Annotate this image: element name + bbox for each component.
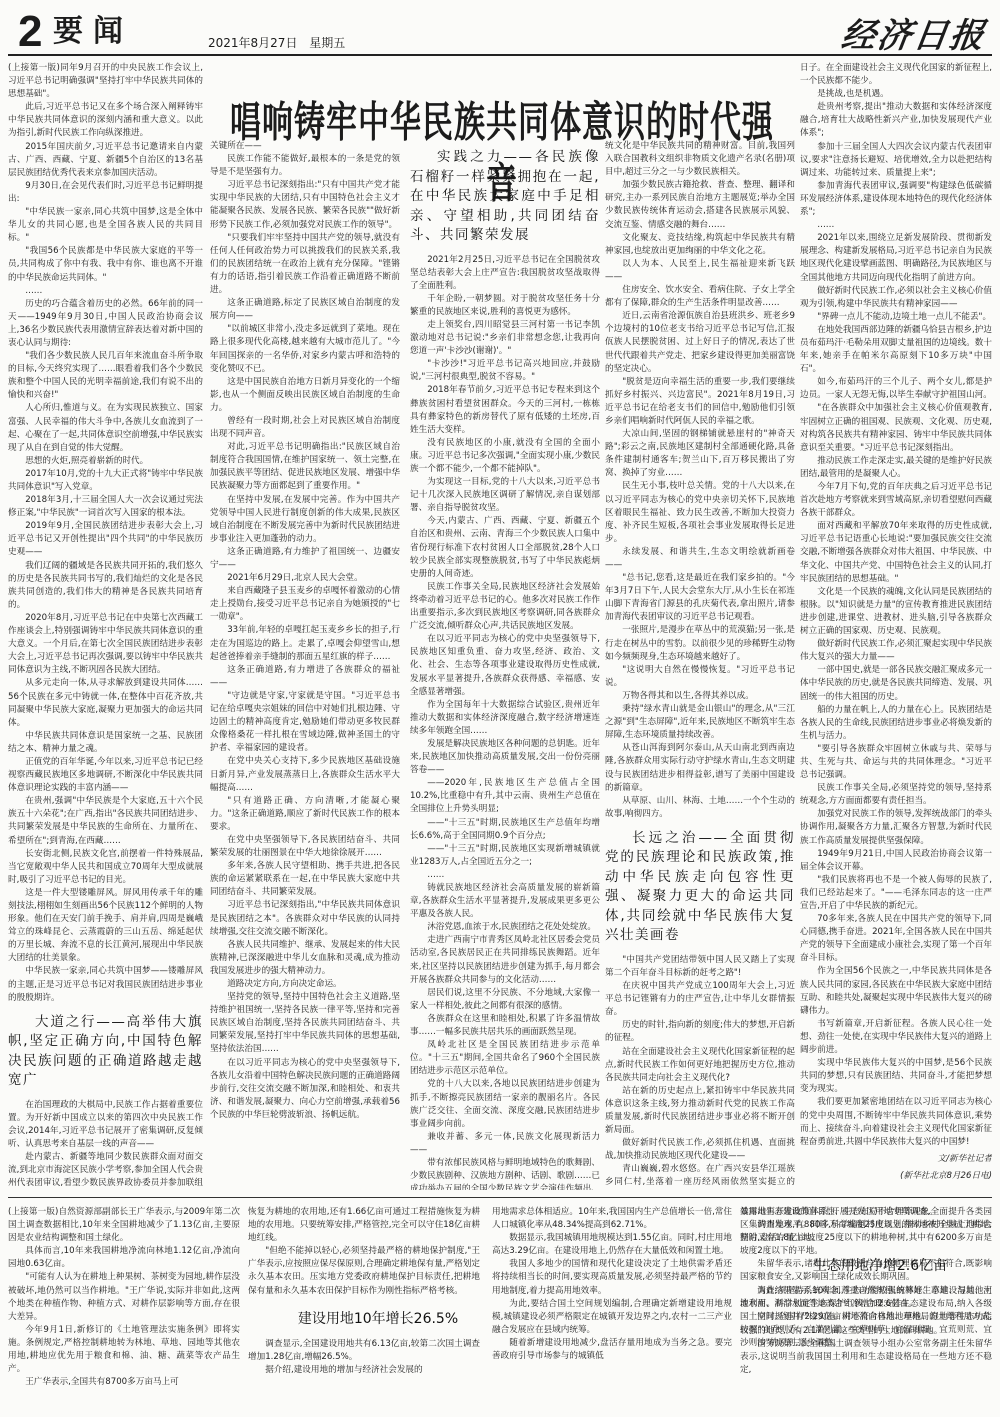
paragraph: 一部中国史,就是一部各民族交融汇聚成多元一体中华民族的历史,就是各民族共同缔造、… (800, 664, 992, 703)
paragraph: 我们辽阔的疆域是各民族共同开拓的,我们悠久的历史是各民族共同书写的,我们灿烂的文… (8, 560, 203, 612)
paragraph: 王广华表示,全国共有8700多万亩马上可 (8, 1376, 240, 1389)
paragraph: 在坚持中发展,在发展中完善。作为中国共产党领导中国人民进行制度创新的伟大成果,民… (210, 494, 400, 546)
paragraph: 秉持"绿水青山就是金山银山"的理念,从"三江之源"到"生态屏障",近年来,民族地… (605, 703, 795, 742)
paragraph: 站在新的历史起点上,紧扣铸牢中华民族共同体意识这条主线,努力推动新时代党的民族工… (605, 1085, 795, 1137)
paragraph: 这条正确道路,标定了民族区域自治制度的发展方向—— (210, 297, 400, 323)
paragraph: 各族群众在这里和睦相处,积累了许多温情故事……一幅多民族共居共乐的画面跃然呈现。 (410, 1013, 600, 1039)
paragraph: 在以习近平同志为核心的党中央坚强领导下,民族地区知重负重、奋力攻坚,经济、政治、… (410, 633, 600, 698)
paragraph: 今天,内蒙古、广西、西藏、宁夏、新疆五个自治区和贵州、云南、青海三个少数民族人口… (410, 515, 600, 580)
paragraph: 数据显示,我国城镇用地规模达到1.55亿亩。同时,村庄用地高达3.29亿亩。在建… (492, 1232, 732, 1258)
paragraph: ——2020年,民族地区生产总值占全国10.2%,比重稳中有升,其中云南、贵州生… (410, 777, 600, 816)
paragraph: 随着新增建设用地减少,盘活存量用地成为当务之急。要完善政府引导市场参与的城镇低 (492, 1337, 732, 1363)
paragraph: 铸就民族地区经济社会高质量发展的崭新篇章,各族群众生活水平显著提升,发展成果更多… (410, 882, 600, 921)
paragraph: "但绝不能掉以轻心,必须坚持最严格的耕地保护制度,"王广华表示,应按照应保尽保原… (248, 1245, 480, 1297)
paragraph: …… (410, 869, 600, 882)
paragraph: 走上领奖台,四川昭觉县三河村第一书记李凯激动地对总书记说:"乡亲们非常想念您,让… (410, 319, 600, 358)
paragraph: 民族工作能不能做好,最根本的一条是党的领导是不是坚强有力。 (210, 153, 400, 179)
paragraph: 2021年6月29日,北京人民大会堂。 (210, 572, 400, 585)
paragraph: 参加十三届全国人大四次会议内蒙古代表团审议,要求"注意扬长避短、培优增效,全力以… (800, 141, 992, 180)
paragraph: 习近平总书记深刻指出:"只有中国共产党才能实现中华民族的大团结,只有中国特色社会… (210, 179, 400, 231)
paragraph: "可能有人认为在耕地上种果树、茶树变为园地,耕作层没被破坏,地仍然可以当作耕地。… (8, 1271, 240, 1323)
main-article-column-4: 统文化是中华民族共同的精神财富。目前,我国列入联合国教科文组织非物质文化遗产名录… (605, 140, 795, 1190)
paragraph: 2018年3月,十三届全国人大一次会议通过宪法修正案,"中华民族"一词首次写入国… (8, 494, 203, 520)
paragraph: 这是中国民族自治地方日新月异变化的一个缩影,也从一个侧面反映出民族区域自治制度的… (210, 376, 400, 415)
land-survey-column-1: (上接第一版)自然资源部副部长王广华表示,与2009年第二次国土调查数据相比,1… (8, 1206, 240, 1411)
paragraph: "卡沙沙!"习近平总书记高兴地回应,并鼓励说,"三河村很典型,脱贫不容易。" (410, 358, 600, 384)
paragraph: …… (8, 285, 203, 298)
paragraph: 思想的火炬,照亮着崭新的时代。 (8, 455, 203, 468)
publication-date: 2021年8月27日 星期五 (208, 34, 353, 51)
paragraph: 近日,云南省沧源佤族自治县班洪乡、班老乡9个边境村的10位老支书给习近平总书记写… (605, 310, 795, 375)
paragraph: 沐浴党恩,血浓于水,民族团结之花处处绽放。 (410, 921, 600, 934)
paragraph: 恢复为耕地的农用地,还有1.66亿亩可通过工程措施恢复为耕地的农用地。只要统筹安… (248, 1206, 480, 1245)
paragraph: 长安街北侧,民族文化宫,前摆着一件特殊展品,当它宽敞观中华人民共和国成立70周年… (8, 848, 203, 887)
paragraph: 中华民族一家亲,同心共筑中国梦——镂雕屏风的主题,正是习近平总书记对我国民族团结… (8, 965, 203, 1004)
paragraph: 曾经有一段时期,社会上对民族区域自治制度出现不同声音。 (210, 415, 400, 441)
section-subheading: 实践之力——各民族像石榴籽一样紧紧拥抱在一起,在中华民族大家庭中手足相亲、守望相… (410, 148, 600, 246)
paragraph: ——"十三五"时期,民族地区生产总值年均增长6.6%,高于全国同期0.9个百分点… (410, 817, 600, 843)
dateline: (新华社北京8月26日电) (800, 1170, 992, 1183)
land-survey-column-5: 暴露出生态建设的盲目性、生态布局不合理等现象。调查发现,有880多万亩坡度25度… (740, 1206, 992, 1411)
paragraph: 今年7月下旬,党的百年庆典之后习近平总书记首次赴地方考察就来到雪域高原,亲切看望… (800, 481, 992, 520)
paragraph: 文化是一个民族的魂魄,文化认同是民族团结的根脉。以"知识就是力量"的宣传教育推进… (800, 586, 992, 638)
newspaper-logo: 经济日报 (839, 8, 990, 57)
paragraph: "我们各少数民族人民几百年来流血奋斗所争取的目标,今天终究实现了……眼看着我们各… (8, 350, 203, 402)
paragraph: 大凉山间,坚固的钢梯铺就悬崖村的"神奇天路";彩云之南,民族地区建制村全部通硬化… (605, 428, 795, 480)
paragraph: 是挑战,也是机遇。 (800, 88, 992, 101)
main-article-column-2: 关键所在——民族工作能不能做好,最根本的一条是党的领导是不是坚强有力。习近平总书… (210, 140, 400, 1190)
paragraph: 关键所在—— (210, 140, 400, 153)
paragraph: 从苍山洱海到阿尔泰山,从天山南北到西南边陲,各族群众用实际行动守护绿水青山,生态… (605, 742, 795, 794)
section-subheading: 长远之治——全面贯彻党的民族理论和民族政策,推动中华民族走向包容性更强、凝聚力更… (605, 829, 795, 946)
paragraph: 发展是解决民族地区各种问题的总钥匙。近年来,民族地区加快推动高质量发展,交出一份… (410, 738, 600, 777)
paragraph: 推动民族工作走深走实,最关键的是维护好民族团结,最管用的是凝聚人心。 (800, 455, 992, 481)
land-survey-column-2: 恢复为耕地的农用地,还有1.66亿亩可通过工程措施恢复为耕地的农用地。只要统筹安… (248, 1206, 480, 1411)
paragraph: 暴露出生态建设的盲目性、生态布局不合理等现象。 (740, 1206, 992, 1219)
page-masthead: 2 要闻 2021年8月27日 星期五 经济日报 (8, 0, 992, 55)
paragraph: 站在全面建设社会主义现代化国家新征程的起点,新时代民族工作如何更好地把握历史方位… (605, 1046, 795, 1085)
section-subheading: 大道之行——高举伟大旗帜,坚定正确方向,中国特色解决民族问题的正确道路越走越宽广 (8, 1013, 203, 1091)
paragraph: 党的十八大以来,各地以民族团结进步创建为抓手,不断擦亮民族团结一家亲的靓丽名片。… (410, 1078, 600, 1130)
paragraph: "以前城区非常小,没走多远就到了菜地。现在路上很多现代化高楼,越来越有大城市范儿… (210, 323, 400, 375)
page-number: 2 (18, 10, 42, 54)
paragraph: 多年来,各族人民守望相助、携手共进,把各民族的命运紧紧联系在一起,在中华民族大家… (210, 860, 400, 899)
paragraph: 这条正确道路,有力增进了各族群众的福祉—— (210, 664, 400, 690)
paragraph: 习近平总书记深刻指出,"中华民族共同体意识是民族团结之本"。各族群众对中华民族的… (210, 899, 400, 938)
paragraph: 2021年以来,围绕立足新发展阶段、贯彻新发展理念、构建新发展格局,习近平总书记… (800, 232, 992, 284)
land-survey-column-3: 用地需求总体相适应。10年来,我国国内生产总值增长一倍,常住人口城镇化率从48.… (492, 1206, 732, 1411)
paragraph: 2017年10月,党的十九大正式将"铸牢中华民族共同体意识"写入党章。 (8, 468, 203, 494)
paragraph: 1949年9月21日,中国人民政治协商会议第一届全体会议开幕。 (800, 848, 992, 874)
paragraph: "我国56个民族都是中华民族大家庭的平等一员,共同构成了你中有我、我中有你、谁也… (8, 245, 203, 284)
paragraph: 万物各得其和以生,各得其养以成。 (605, 690, 795, 703)
paragraph: 实现中华民族伟大复兴的中国梦,是56个民族共同的梦想,只有民族团结、共同奋斗,才… (800, 1057, 992, 1096)
paragraph: 加强党对民族工作的领导,发挥统战部门的牵头协调作用,凝聚各方力量,汇聚各方智慧,… (800, 808, 992, 847)
paragraph: 在地处我国西部边陲的新疆乌恰县吉根乡,护边员布茹玛汗·毛勒朵用双脚丈量祖国的边境… (800, 324, 992, 376)
weekday-text: 星期五 (309, 36, 345, 50)
paragraph: 我国人多地少的国情和现代化建设决定了土地供需矛盾还将持续相当长的时间,要实现高质… (492, 1258, 732, 1297)
paragraph: "要引导各族群众牢固树立休戚与共、荣辱与共、生死与共、命运与共的共同体理念。"习… (800, 743, 992, 782)
paragraph: 民族工作事关全局,必须坚持党的领导,坚持系统观念,方方面面都要有责任担当。 (800, 782, 992, 808)
paragraph: 面对西藏和平解放70年来取得的历史性成就,习近平总书记语重心长地说:"要加强民族… (800, 520, 992, 585)
paragraph: 船的力量在帆上,人的力量在心上。民族团结是各族人民的生命线,民族团结进步事业必将… (800, 704, 992, 743)
paragraph: 为此,要结合国土空间规划编制,合理确定新增建设用地规模,城镇建设必须严格限定在城… (492, 1298, 732, 1337)
paragraph: 这是一件大型镂雕屏风。屏风用传承千年的雕刻技法,栩栩如生刻画出56个民族112个… (8, 887, 203, 966)
paragraph: 在治国理政的大棋局中,民族工作占据着重要位置。为开好新中国成立以来的第四次中央民… (8, 1099, 203, 1151)
paragraph: 据介绍,建设用地的增加与经济社会发展的 (248, 1364, 480, 1377)
paragraph: 2015年国庆前夕,习近平总书记邀请来自内蒙古、广西、西藏、宁夏、新疆5个自治区… (8, 141, 203, 180)
paragraph: 走进广西南宁市青秀区凤岭北社区居委会党员活动室,各民族居民正在共同排练民族舞蹈。… (410, 934, 600, 986)
paragraph: 没有民族地区的小康,就没有全国的全面小康。习近平总书记多次强调,"全面实现小康,… (410, 437, 600, 476)
paragraph: 为此,须坚持系统观念,尊重自然规律,统筹好生态建设与其他土地利用。科学划定生态保… (740, 1285, 992, 1350)
main-article-column-5: 日子。在全面建设社会主义现代化国家的新征程上,一个民族都不能少。是挑战,也是机遇… (800, 62, 992, 1190)
paragraph: 坚持党的领导,坚持中国特色社会主义道路,坚持维护祖国统一,坚持各民族一律平等,坚… (210, 991, 400, 1056)
paragraph: 历史的时针,指向新的刻度;伟大的梦想,开启新的征程。 (605, 1019, 795, 1045)
paragraph: 正值党的百年华诞,今年以来,习近平总书记已经视察西藏民族地区多地调研,不断深化中… (8, 756, 203, 795)
paragraph: 做好新时代民族工作,必须汇聚起实现中华民族伟大复兴的强大力量—— (800, 638, 992, 664)
paragraph: 来自西藏隆子县玉麦乡的卓嘎怀着激动的心情走上授勋台,接受习近平总书记亲自为她颁授… (210, 585, 400, 624)
paragraph: "这说明大自然在慢慢恢复。"习近平总书记说。 (605, 664, 795, 690)
paragraph: 今年9月1日,新修订的《土地管理法实施条例》即将实施。条例规定,严格控制耕地转为… (8, 1324, 240, 1376)
paragraph: 2021年2月25日,习近平总书记在全国脱贫攻坚总结表彰大会上庄严宣告:我国脱贫… (410, 254, 600, 293)
paragraph: 调查显示,全国建设用地共有6.13亿亩,较第二次国土调查增加1.28亿亩,增幅2… (248, 1338, 480, 1364)
paragraph: 在以习近平同志为核心的党中央坚强领导下,各族儿女沿着中国特色解决民族问题的正确道… (210, 1057, 400, 1122)
paragraph: 加强少数民族古籍抢救、普查、整理、翻译和研究,主办一系列民族自治地方主题展览;举… (605, 179, 795, 231)
section-name: 要闻 (53, 14, 133, 50)
paragraph: 统文化是中华民族共同的精神财富。目前,我国列入联合国教科文组织非物质文化遗产名录… (605, 140, 795, 179)
paragraph: 民生无小事,枝叶总关情。党的十八大以来,在以习近平同志为核心的党中央亲切关怀下,… (605, 480, 795, 545)
paragraph: 在党中央坚强领导下,各民族团结奋斗、共同繁荣发展的壮丽图景在中华大地徐徐展开…… (210, 834, 400, 860)
paragraph: 永续发展、和谐共生,生态文明绘就新画卷—— (605, 546, 795, 572)
paragraph: 参加青海代表团审议,强调要"构建绿色低碳循环发展经济体系,建设体现本地特色的现代… (800, 180, 992, 219)
paragraph: 赴贵州考察,提出"推动大数据和实体经济深度融合,培育壮大战略性新兴产业,加快发展… (800, 101, 992, 140)
paragraph: "在各族群众中加强社会主义核心价值观教育,牢固树立正确的祖国观、民族观、文化观、… (800, 402, 992, 454)
paragraph: 日子。在全面建设社会主义现代化国家的新征程上,一个民族都不能少。 (800, 62, 992, 88)
paragraph: 我们要更加紧密地团结在以习近平同志为核心的党中央周围,不断铸牢中华民族共同体意识… (800, 1096, 992, 1148)
paragraph: "界碑一点儿不能动,边境土地一点儿不能丢"。 (800, 311, 992, 324)
paragraph: 住房安全、饮水安全、看病住院、子女上学全都有了保障,群众的生产生活条件明显改善…… (605, 284, 795, 310)
paragraph: …… (800, 219, 992, 232)
paragraph: 这条正确道路,有力维护了祖国统一、边疆安宁—— (210, 546, 400, 572)
paragraph: ——"十三五"时期,民族地区实现新增城镇就业1283万人,占全国近五分之一; (410, 843, 600, 869)
paragraph: 中华民族共同体意识是国家统一之基、民族团结之本、精神力量之魂。 (8, 730, 203, 756)
paragraph: 从多元走向一体,从寻求解放到建设共同体……56个民族在多元中铸就一体,在整体中百… (8, 677, 203, 729)
paragraph: "只有道路正确、方向清晰,才能凝心聚力。"这条正确道路,顺应了新时代民族工作的根… (210, 795, 400, 834)
paragraph: 作为全国56个民族之一,中华民族共同体是各族人民共同的家园,各民族在中华民族大家… (800, 965, 992, 1017)
paragraph: (上接第一版)自然资源部副部长王广华表示,与2009年第二次国土调查数据相比,1… (8, 1206, 240, 1245)
paragraph: 以人为本、人民至上,民生福祉迎来新飞跃—— (605, 258, 795, 284)
paragraph: 作为全国每年十大数据综合试验区,贵州近年推动大数据和实体经济深度融合,数字经济增… (410, 699, 600, 738)
paragraph: 书写新篇章,开启新征程。各族人民心往一处想、劲往一处使,在实现中华民族伟大复兴的… (800, 1018, 992, 1057)
paragraph: 如今,布茹玛汗的三个儿子、两个女儿,都是护边员。一家人无怨无悔,以毕生奉献守护祖… (800, 376, 992, 402)
main-article-column-1: (上接第一版)同年9月召开的中央民族工作会议上,习近平总书记明确强调"坚持打牢中… (8, 62, 203, 1190)
paragraph: 人心所归,惟道与义。在为实现民族独立、国家富强、人民幸福的伟大斗争中,各族儿女血… (8, 402, 203, 454)
paragraph: 赴内蒙古、新疆等地同少数民族群众面对面交流,到北京市海淀区民族小学考察,参加全国… (8, 1151, 203, 1190)
paragraph: "脱贫是迈向幸福生活的重要一步,我们要继续抓好乡村振兴、兴边富民"。2021年8… (605, 376, 795, 428)
paragraph: "只要我们牢牢坚持中国共产党的领导,就没有任何人任何政治势力可以挑拨我们的民族关… (210, 232, 400, 297)
paragraph: 各族人民共同维护、继承、发展起来的伟大民族精神,已深深融进中华儿女血脉和灵魂,成… (210, 939, 400, 978)
paragraph: 此后,习近平总书记又在多个场合深入阐释铸牢中华民族共同体意识的深刻内涵和重大意义… (8, 101, 203, 140)
paragraph: "中国共产党团结带领中国人民又踏上了实现第二个百年奋斗目标新的赶考之路"! (605, 954, 795, 980)
paragraph: 2018年春节前夕,习近平总书记专程来到这个彝族贫困村看望贫困群众。今天的三河村… (410, 384, 600, 436)
paragraph: 对此,习近平总书记明确指出:"民族区域自治制度符合我国国情,在维护国家统一、领土… (210, 441, 400, 493)
paragraph: "守边就是守家,守家就是守国。"习近平总书记在给卓嘎央宗姐妹的回信中对她们扎根边… (210, 690, 400, 755)
paragraph: 为实现这一目标,党的十八大以来,习近平总书记十几次深入民族地区调研了解情况,亲自… (410, 476, 600, 515)
main-article-column-3: 实践之力——各民族像石榴籽一样紧紧拥抱在一起,在中华民族大家庭中手足相亲、守望相… (410, 140, 600, 1190)
paragraph: 用地需求总体相适应。10年来,我国国内生产总值增长一倍,常住人口城镇化率从48.… (492, 1206, 732, 1232)
paragraph: "中华民族一家亲,同心共筑中国梦,这是全体中华儿女的共同心愿,也是全国各族人民的… (8, 206, 203, 245)
paragraph: 历史的巧合蕴含着历史的必然。66年前的同一天——1949年9月30日,中国人民政… (8, 298, 203, 350)
paragraph: (上接第一版)同年9月召开的中央民族工作会议上,习近平总书记明确强调"坚持打牢中… (8, 62, 203, 101)
paragraph: 70多年来,各族人民在中国共产党的领导下,同心同德,携手奋进。2021年,全国各… (800, 913, 992, 965)
paragraph: 道路决定方向,方向决定命运。 (210, 978, 400, 991)
paragraph: 居民们说,这里不分民族、不分地域,大家像一家人一样相处,彼此之间都有很深的感情。 (410, 987, 600, 1013)
paragraph: 在党中央关心支持下,多少民族地区基础设施日新月异,产业发展蒸蒸日上,各族群众生活… (210, 755, 400, 794)
paragraph: 民族工作事关全局,民族地区经济社会发展始终牵动着习近平总书记的心。他多次对民族工… (410, 581, 600, 633)
paragraph: 从草原、山川、林海、土地……一个个生动的故事,响彻四方。 (605, 795, 795, 821)
paragraph: 做好新时代民族工作,必须以社会主义核心价值观为引领,构建中华民族共有精神家园—— (800, 285, 992, 311)
date-text: 2021年8月27日 (208, 36, 297, 50)
paragraph: 一张照片,是漫步在草丛中的荒漠猫;另一张,是行走在树丛中的雪豹。以前很少见的珍稀… (605, 624, 795, 663)
paragraph: 千年企盼,一朝梦圆。对于脱贫攻坚任务十分繁重的民族地区来说,胜利的喜悦更为感怀。 (410, 293, 600, 319)
paragraph: 9月30日,在会见代表们时,习近平总书记鲜明提出: (8, 180, 203, 206)
masthead-divider (8, 54, 992, 56)
paragraph: 在贵州,强调"中华民族是个大家庭,五十六个民族五十六朵花";在广西,指出"各民族… (8, 795, 203, 847)
paragraph: 做好新时代民族工作,必须抓住机遇、直面挑战,加快推动民族地区现代化建设—— (605, 1137, 795, 1163)
paragraph: 具体而言,10年来我国耕地净流向林地1.12亿亩,净流向园地0.63亿亩。 (8, 1245, 240, 1271)
paragraph: "总书记,您看,这是最近在我们家乡拍的。"今年3月7日下午,人民大会堂东大厅,从… (605, 572, 795, 624)
paragraph: 33年前,年轻的卓嘎扛起玉麦乡乡长的担子,行走在为国巡边的路上。走累了,卓嘎会仰… (210, 624, 400, 663)
byline: 文/新华社记者 (800, 1153, 992, 1166)
paragraph: "我们民族将再也不是一个被人侮辱的民族了,我们已经站起来了。"——毛泽东同志的这… (800, 874, 992, 913)
paragraph: 兼收并蓄、多元一体,民族文化展现新活力—— (410, 1131, 600, 1157)
paragraph: 凤岭北社区是全国民族团结进步示范单位。"十三五"期间,全国共命名了960个全国民… (410, 1039, 600, 1078)
paragraph: 文化聚友、竞技结缘,构筑起中华民族共有精神家园,也绽放出更加绚丽的中华文化之花。 (605, 232, 795, 258)
paragraph: 朱留华表示,诸如此类的做法与自然地理格局不相符合,既影响国家粮食安全,又影响国土… (740, 1258, 992, 1284)
paragraph: 带有浓郁民族风格与鲜明地域特色的歌舞剧、少数民族剧种、汉族地方剧种、话剧、歌剧…… (410, 1157, 600, 1190)
section-subheading: 建设用地10年增长26.5% (248, 1308, 480, 1330)
paragraph: 青山巍巍,碧水悠悠。在广西兴安县华江瑶族乡同仁村,坐落着一座历经风雨依然坚实挺立… (605, 1163, 795, 1190)
paragraph: 在庆祝中国共产党成立100周年大会上,习近平总书记铿锵有力的庄严宣告,让中华儿女… (605, 980, 795, 1019)
article-divider (8, 1197, 992, 1198)
paragraph: 2019年9月,全国民族团结进步表彰大会上,习近平总书记又开创性提出"四个共同"… (8, 520, 203, 559)
paragraph: 调查发现,有880多万亩坡度25度以上的林地被开垦成了耕地,同时又有1.8亿亩坡… (740, 1219, 992, 1258)
paragraph: 2020年8月,习近平总书记在中央第七次西藏工作座谈会上,特别强调铸牢中华民族共… (8, 612, 203, 677)
